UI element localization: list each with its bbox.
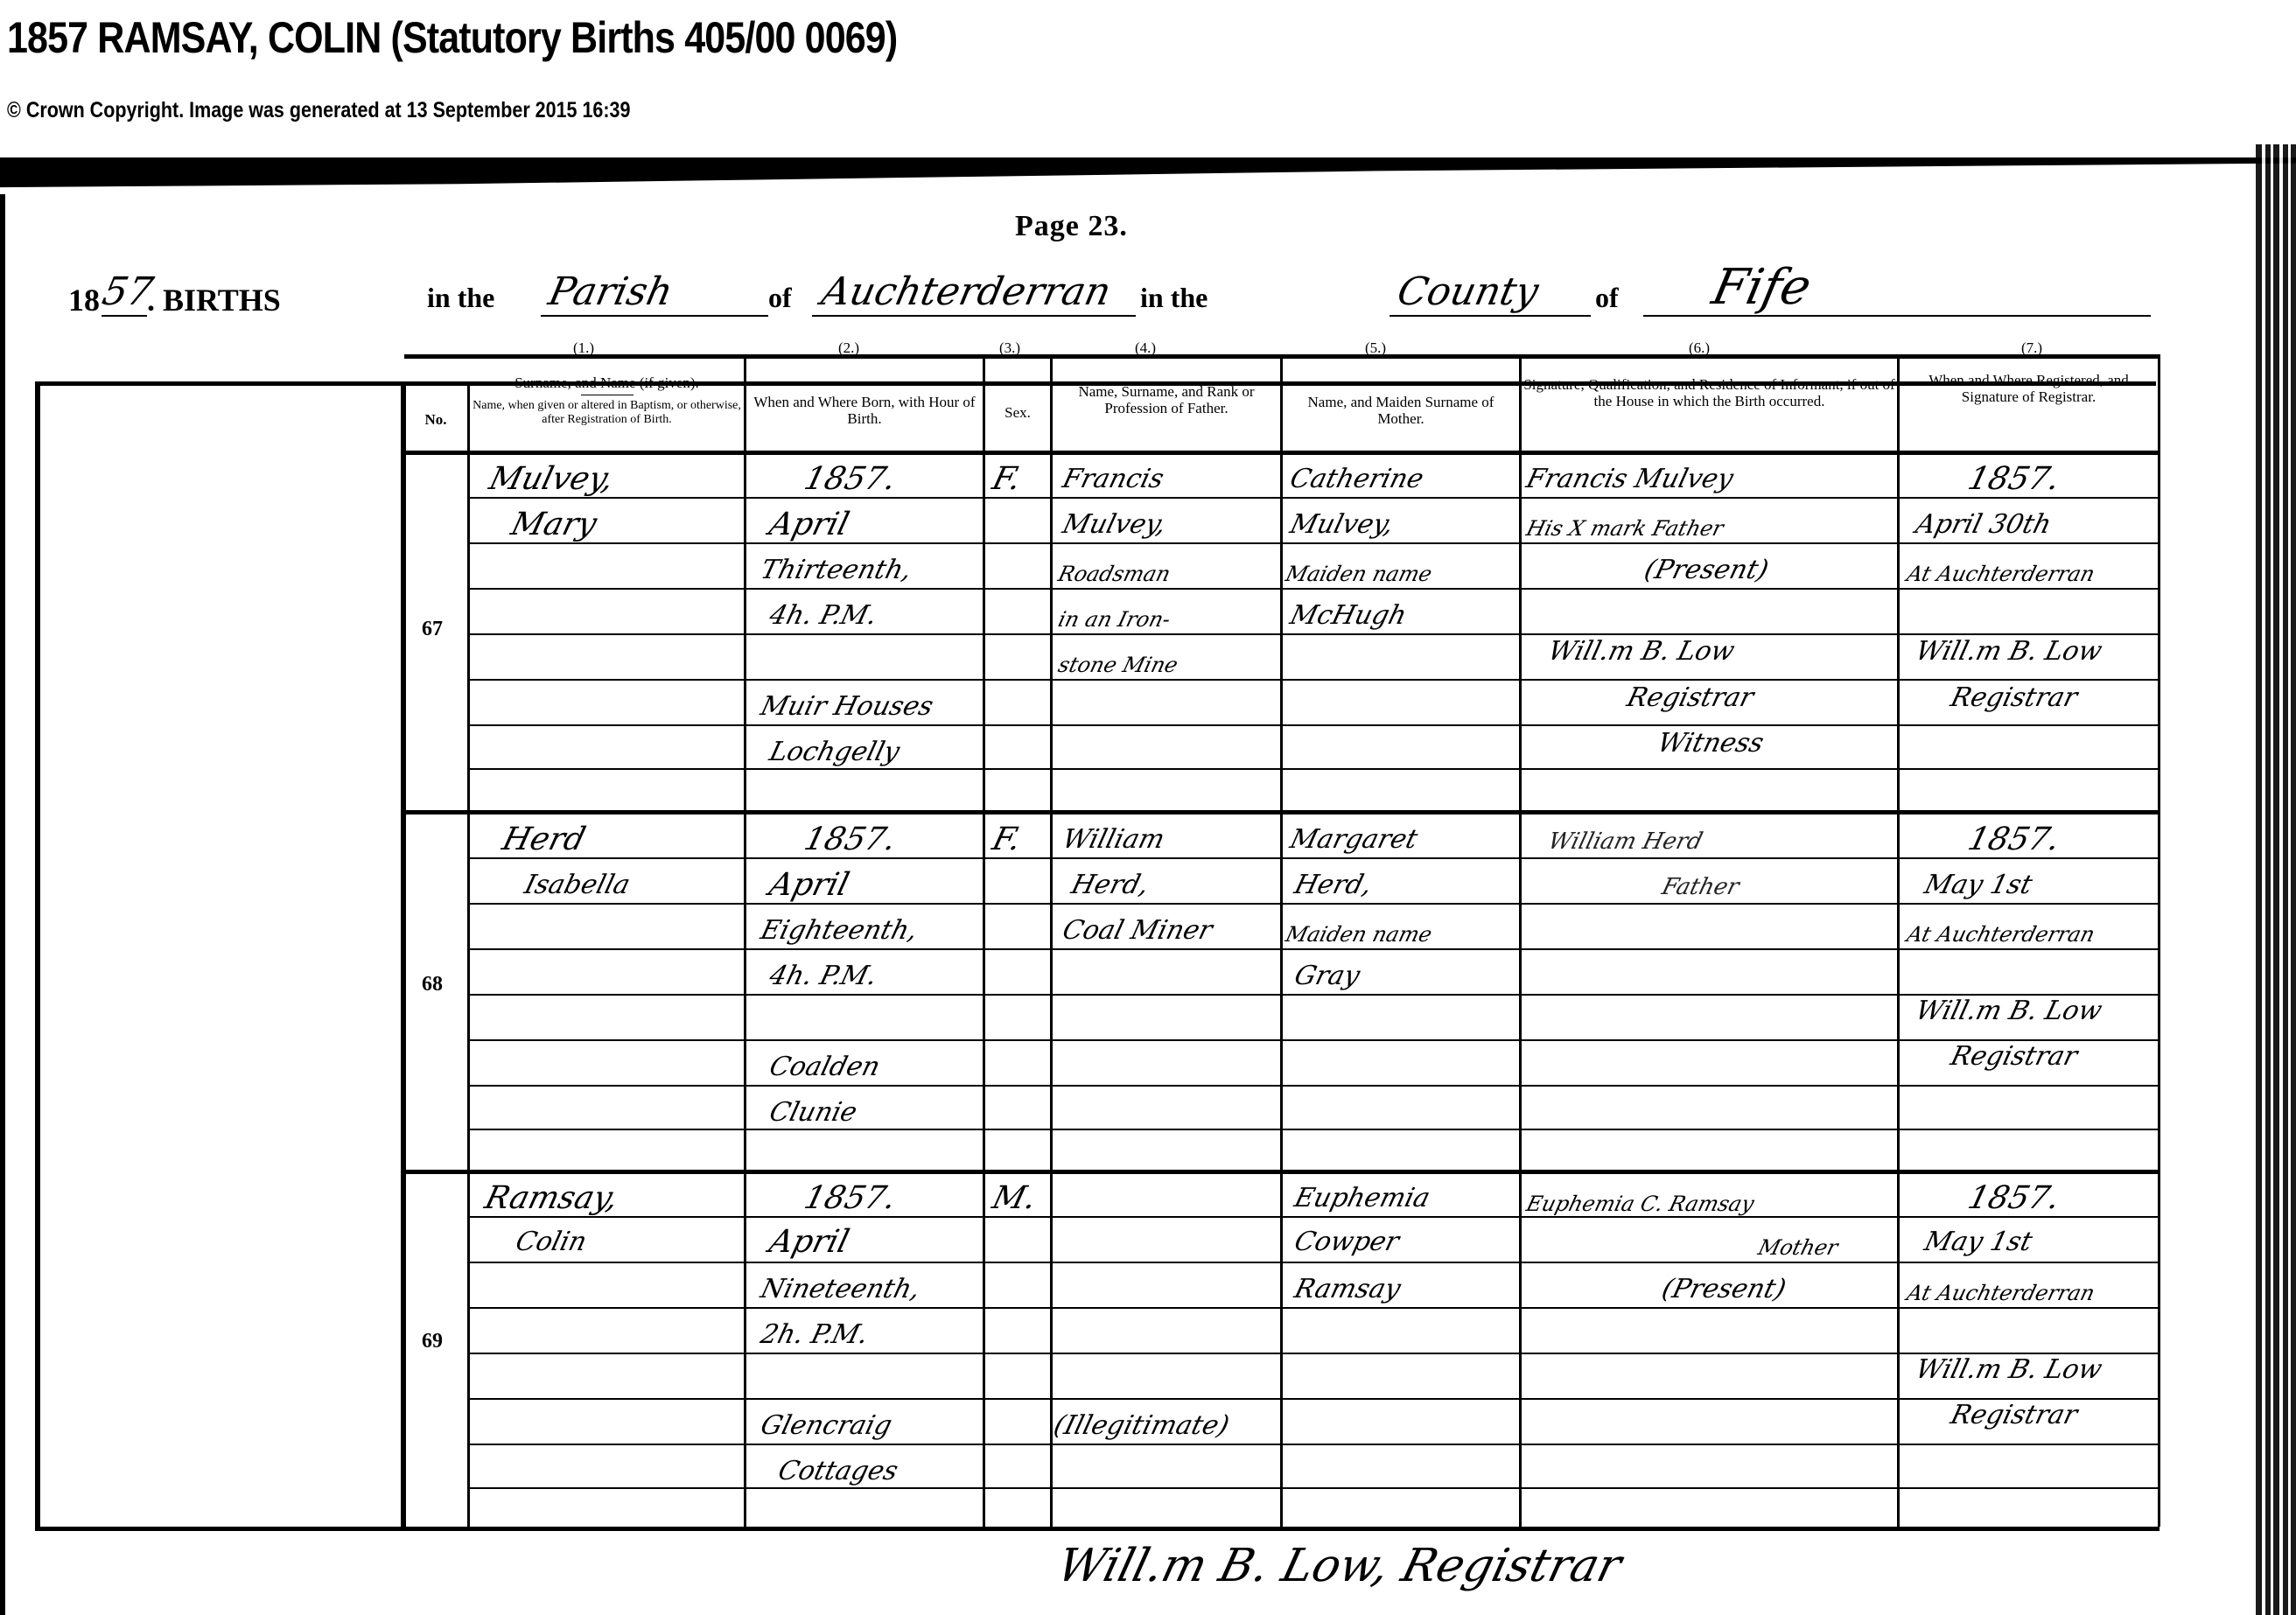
registrar-footer-signature: Will.m B. Low, Registrar (1053, 1540, 1627, 1592)
record-title: 1857 RAMSAY, COLIN (Statutory Births 405… (7, 12, 897, 63)
header-informant: Signature, Qualification, and Residence … (1522, 376, 1897, 409)
register-title: 18 57 . BIRTHS in the Parish of Auchterd… (68, 262, 2151, 324)
header-when-where-born: When and Where Born, with Hour of Birth. (746, 394, 983, 427)
births-label: . BIRTHS (147, 282, 281, 318)
county-handwritten: County (1394, 269, 1543, 314)
header-registered: When and Where Registered, and Signature… (1900, 372, 2158, 405)
header-no: No. (404, 411, 467, 428)
header-sex: Sex. (985, 404, 1050, 421)
header-mother: Name, and Maiden Surname of Mother. (1283, 394, 1519, 427)
parish-handwritten: Parish (545, 269, 677, 314)
header-surname-name: Surname, and Name (if given). Name, when… (470, 374, 744, 427)
scan-dark-border (0, 157, 2296, 206)
county-name-handwritten: Fife (1707, 259, 1816, 316)
year-prefix: 18 (68, 282, 100, 318)
page-binding-edge (2256, 144, 2296, 1615)
copyright-notice: © Crown Copyright. Image was generated a… (7, 98, 630, 123)
page-number: Page 23. (1015, 210, 1128, 243)
header-father: Name, Surname, and Rank or Profession of… (1053, 383, 1280, 416)
page-left-edge (0, 194, 5, 1615)
parish-name-handwritten: Auchterderran (818, 269, 1116, 314)
